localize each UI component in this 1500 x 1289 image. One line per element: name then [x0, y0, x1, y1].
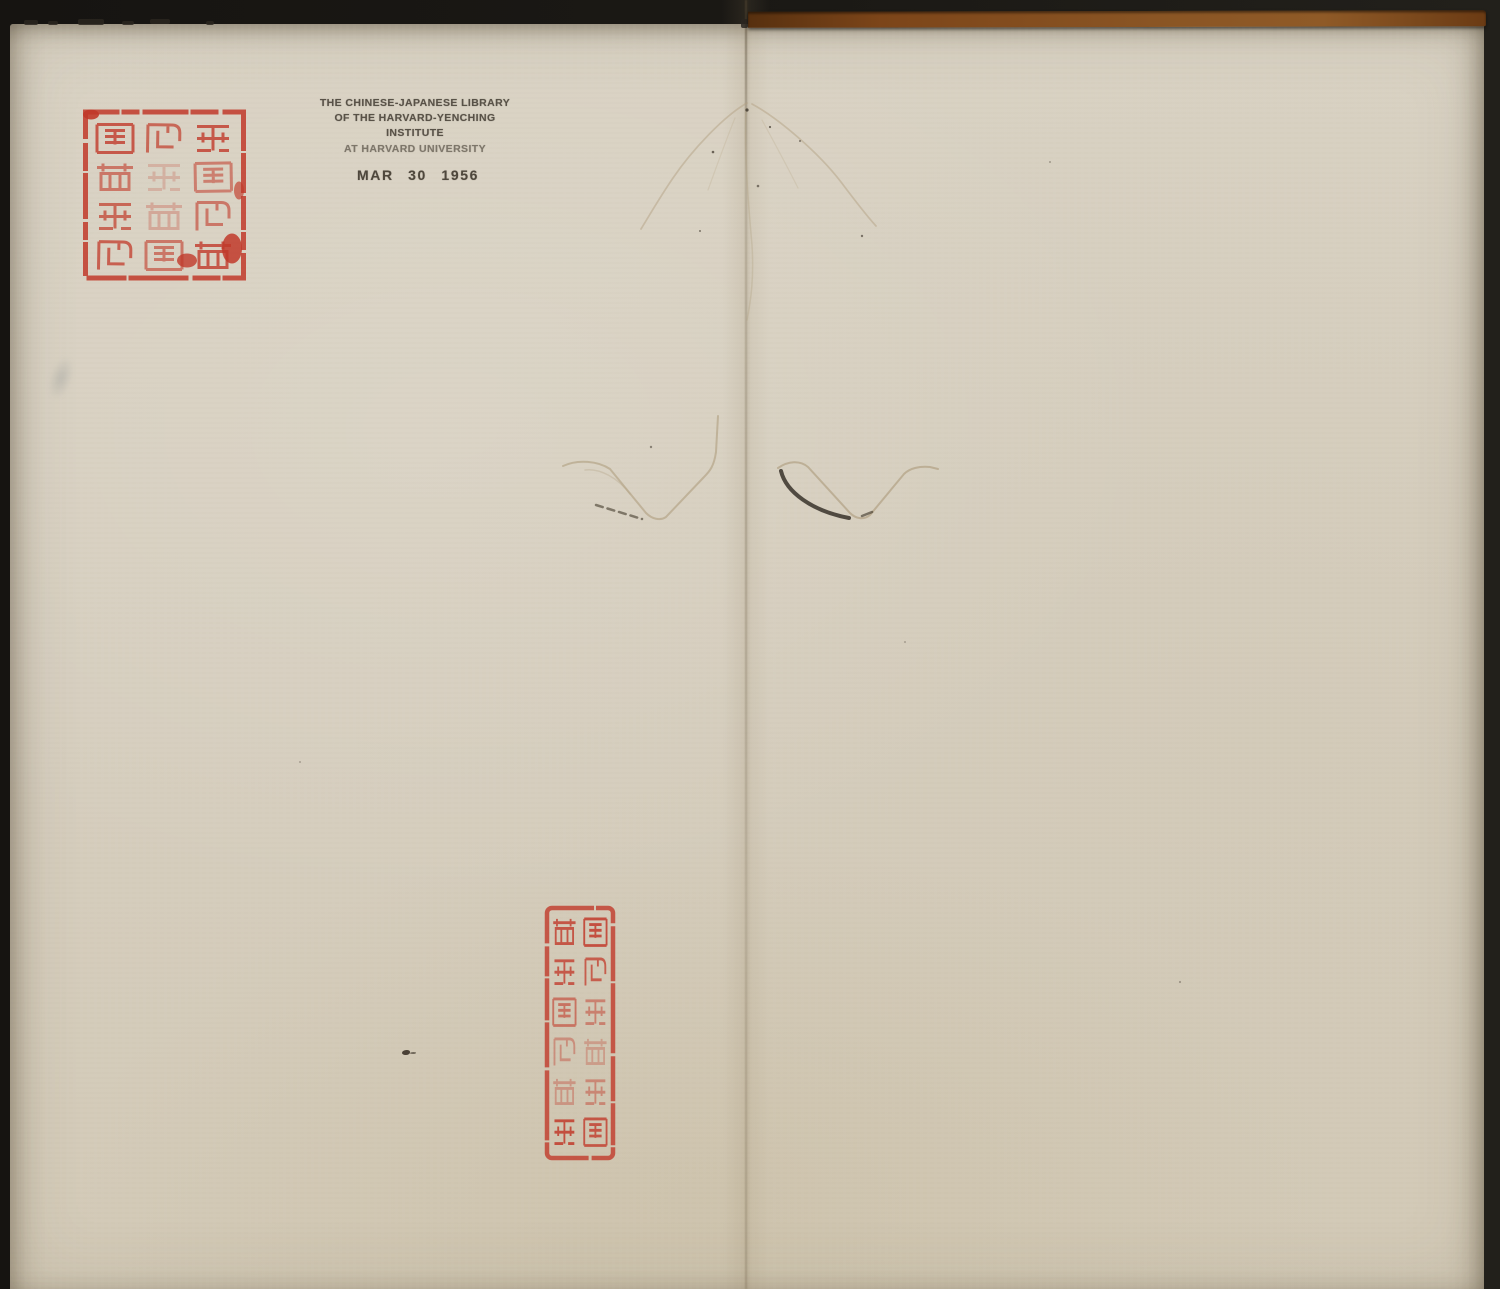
square-collection-seal: [82, 106, 247, 284]
library-stamp-line3: AT HARVARD UNIVERSITY: [310, 142, 520, 157]
paper-speck: [410, 1052, 416, 1054]
edge-debris: [48, 21, 58, 25]
book-spine-edge: [748, 10, 1486, 28]
edge-debris: [78, 19, 104, 25]
center-fold-crease: [745, 0, 747, 1289]
library-stamp: THE CHINESE-JAPANESE LIBRARY OF THE HARV…: [310, 96, 520, 157]
library-stamp-line2: OF THE HARVARD-YENCHING INSTITUTE: [310, 111, 520, 141]
edge-debris: [24, 20, 38, 25]
edge-debris: [206, 21, 214, 25]
edge-debris: [122, 21, 134, 25]
scanned-page-spread: THE CHINESE-JAPANESE LIBRARY OF THE HARV…: [0, 0, 1500, 1289]
library-stamp-line1: THE CHINESE-JAPANESE LIBRARY: [310, 96, 520, 111]
gutter-edge-speck: [741, 19, 748, 28]
column-collection-seal: [544, 905, 616, 1161]
edge-debris: [150, 19, 170, 24]
date-stamp: MAR 30 1956: [357, 167, 497, 183]
